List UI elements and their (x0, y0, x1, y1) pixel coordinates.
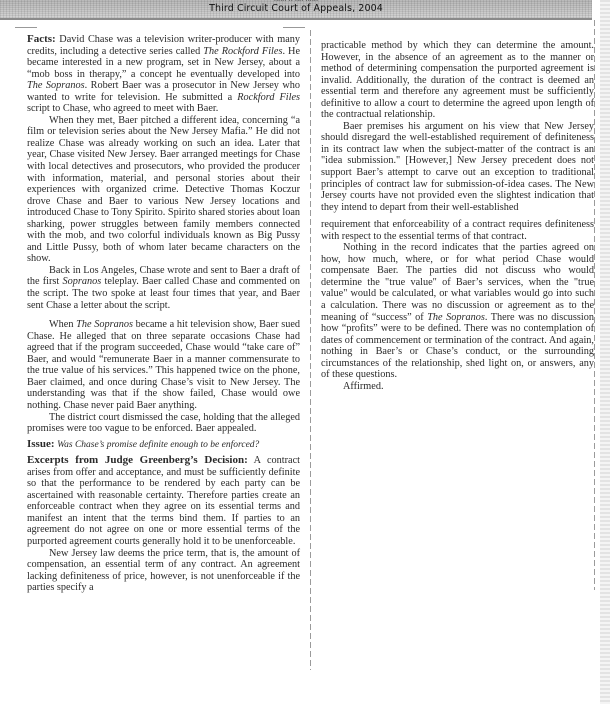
right-margin-line (594, 20, 595, 590)
title-the-sopranos: The Sopranos (427, 312, 485, 323)
facts-text: became a hit television show, Baer sued … (27, 319, 300, 411)
title-the-sopranos: The Sopranos (27, 80, 85, 91)
ruling-affirmed: Affirmed. (321, 381, 594, 393)
facts-paragraph-3: Back in Los Angeles, Chase wrote and sen… (27, 265, 300, 311)
title-rockford-files: Rockford Files (237, 92, 300, 103)
title-the-sopranos: The Sopranos (76, 319, 133, 330)
facts-paragraph: Facts: David Chase was a television writ… (27, 34, 300, 115)
decision-paragraph-6: Nothing in the record indicates that the… (321, 242, 594, 381)
issue-label: Issue: (27, 438, 55, 450)
right-column: practicable method by which they can det… (321, 40, 594, 392)
decision-text: A contract arises from offer and accepta… (27, 455, 300, 547)
page-header-banner: xxx x xx xxx Third Circuit Court of Appe… (0, 0, 592, 20)
decision-text: Nothing in the record indicates that the… (321, 242, 594, 322)
decision-paragraph-2: New Jersey law deems the price term, tha… (27, 548, 300, 594)
facts-paragraph-5: The district court dismissed the case, h… (27, 412, 300, 435)
decision-paragraph-5: requirement that enforceability of a con… (321, 219, 594, 242)
column-divider (310, 30, 311, 670)
facts-paragraph-4: When The Sopranos became a hit televisio… (27, 319, 300, 411)
left-column: Facts: David Chase was a television writ… (27, 34, 300, 594)
column-top-rule-left (15, 27, 37, 28)
decision-paragraph-4: Baer premises his argument on his view t… (321, 121, 594, 213)
page-edge-strip (600, 0, 610, 704)
issue-line: Issue: Was Chase’s promise definite enou… (27, 439, 300, 452)
facts-text: When (49, 319, 76, 330)
excerpts-label: Excerpts from Judge Greenberg’s Decision… (27, 454, 248, 466)
facts-text: script to Chase, who agreed to meet with… (27, 103, 218, 114)
decision-paragraph: Excerpts from Judge Greenberg’s Decision… (27, 455, 300, 547)
title-rockford-files: The Rockford Files (203, 46, 282, 57)
issue-question: Was Chase’s promise definite enough to b… (57, 440, 259, 450)
facts-label: Facts: (27, 33, 56, 45)
column-top-rule-right (283, 27, 305, 28)
decision-paragraph-3: practicable method by which they can det… (321, 40, 594, 121)
facts-paragraph-2: When they met, Baer pitched a different … (27, 115, 300, 265)
case-court-title: Third Circuit Court of Appeals, 2004 (0, 3, 592, 14)
title-sopranos: Sopranos (63, 276, 102, 287)
